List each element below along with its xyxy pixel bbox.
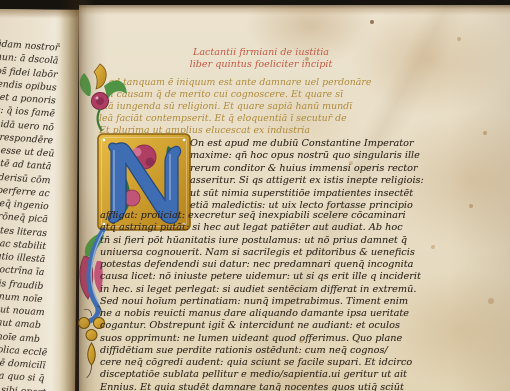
text-line: maxime: qn̄ hoc opus nostrū quo singular… (190, 150, 424, 162)
right-page: Lactantii firmiani de iustitia liber qui… (79, 5, 510, 391)
text-line: cere neq̄ cōgredi audent: quia sciunt se… (100, 357, 421, 369)
text-block-full-width: affligat: proiiciat: execretur seq̄ inex… (100, 210, 421, 391)
text-line: affligat: proiiciat: execretur seq̄ inex… (100, 210, 421, 222)
text-line: diffidētiam sue perdite rationis ostēdun… (100, 345, 421, 357)
text-line: cogantur. Obstrepunt igit̄ & intercidunt… (100, 320, 421, 332)
left-page-text-column: unt q̄dam nostror̄ inus canun: ā dscolā … (0, 35, 60, 391)
book-photo: unt q̄dam nostror̄ inus canun: ā dscolā … (0, 0, 510, 391)
text-line: causa licet: nō iniuste petere uidemur: … (100, 271, 421, 283)
text-line: ut sūt nimia superstitiōe impatientes in… (190, 188, 424, 200)
text-line: tn̄ si fieri pōt hūanitatis iure postula… (100, 235, 421, 247)
text-line: potestas defendendi sui datur: nec preda… (100, 259, 421, 271)
text-line: atq̄ astringi putāt: si hec aut legat pa… (100, 222, 421, 234)
text-line: Sed noui hoīum pertinatiam: nunq̄ impetr… (100, 296, 421, 308)
foxing-specks (0, 0, 2, 2)
text-line: in hec. si leget perlegat: si audiet sen… (100, 284, 421, 296)
text-line: disceptatiōe sublata pellitur e medio/sa… (100, 369, 421, 381)
text-line: On est apud me dubiū Constantine Imperat… (190, 138, 424, 150)
rubric-line: Lactantii firmiani de iustitia (129, 47, 393, 59)
text-line: Ennius. Et quia studēt damnare tanq̄ noc… (100, 382, 421, 391)
page-top-edge (79, 5, 510, 15)
gutter-shadow (60, 0, 96, 391)
text-line: ne a nobis reuicti manus dare aliquando … (100, 308, 421, 320)
text-line: uniuersa cognouerit. Nam si sacrilegis e… (100, 247, 421, 259)
text-line: asseritur. Si qs attigerit ex istis inep… (190, 175, 424, 187)
text-line: rerum conditor & huius immensi operis re… (190, 163, 424, 175)
text-line: suos opprimunt: ne lumen uideant quod of… (100, 333, 421, 345)
text-block-beside-initial: On est apud me dubiū Constantine Imperat… (190, 138, 424, 212)
